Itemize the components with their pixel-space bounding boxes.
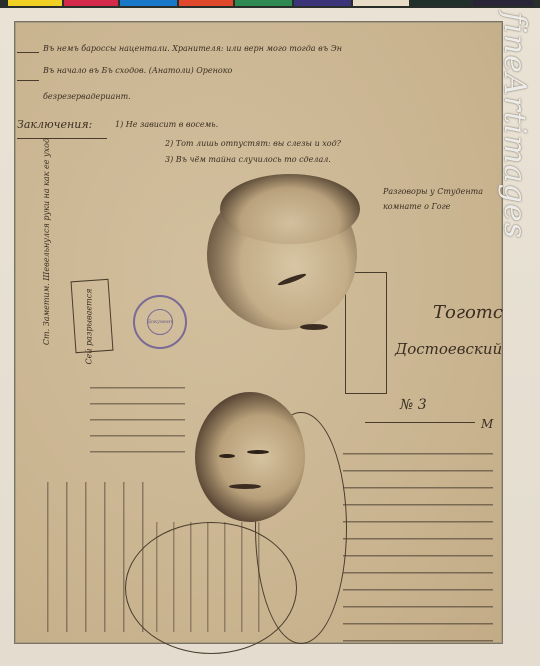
note-3: 3) Въ чём тайна случилось то сделал. — [165, 155, 331, 164]
divider-line — [365, 422, 475, 423]
archive-stamp-inner: Документ — [147, 309, 173, 335]
boxed-note — [71, 279, 114, 353]
archive-stamp: Документ — [133, 295, 187, 349]
swatch-red — [64, 0, 118, 6]
heading-note: Заключения: — [17, 118, 92, 131]
watermark-text: fineArtimages — [498, 11, 533, 238]
color-calibration-strip — [0, 0, 540, 8]
upper-head-mouth — [300, 324, 328, 330]
margin-mark: М — [481, 417, 493, 431]
note-1: 1) Не зависит в восемь. — [115, 120, 218, 129]
manuscript-line-3: безрезервадериант. — [43, 92, 131, 101]
right-note: Разговоры у Студента комнате о Гоге — [383, 184, 493, 214]
swatch-white — [353, 0, 409, 6]
swatch-orange — [179, 0, 233, 6]
lower-head-eye — [219, 454, 235, 458]
signature-name: Тоготс — [433, 302, 503, 323]
upper-head-hair — [220, 174, 360, 244]
signature-surname: Достоевский — [395, 340, 502, 358]
manuscript-line-2: Въ начало въ Бъ сходов. (Анатоли) Оренок… — [43, 66, 232, 75]
handwritten-text-block-left — [90, 377, 185, 462]
swatch-dark — [473, 0, 533, 6]
boxed-note-right — [345, 272, 387, 394]
manuscript-line-1: Въ немъ бароссы нацентали. Хранителя: ил… — [43, 44, 342, 53]
swatch-purple — [294, 0, 351, 6]
left-margin-text: Ст. Заметим. Шевельнулся руки на как ее … — [42, 138, 51, 345]
swatch-blue — [120, 0, 177, 6]
dash-mark — [17, 52, 39, 53]
swatch-green — [235, 0, 292, 6]
swatch-dark-green — [411, 0, 471, 6]
manuscript-page: Въ немъ бароссы нацентали. Хранителя: ил… — [14, 21, 503, 644]
lower-head-mouth — [229, 484, 261, 489]
handwritten-vertical-text-lower-left — [35, 482, 145, 632]
lower-head-sketch — [195, 392, 305, 522]
note-2: 2) Тот лишь отпустят: вы слезы и ход? — [165, 139, 341, 148]
watermark: fineArtimages — [495, 10, 535, 240]
dash-mark — [17, 80, 39, 81]
swatch-yellow — [8, 0, 62, 6]
page-mark: № 3 — [400, 397, 427, 413]
underline — [17, 138, 107, 139]
handwritten-text-block-right — [343, 442, 493, 642]
lower-head-eye — [247, 450, 269, 454]
